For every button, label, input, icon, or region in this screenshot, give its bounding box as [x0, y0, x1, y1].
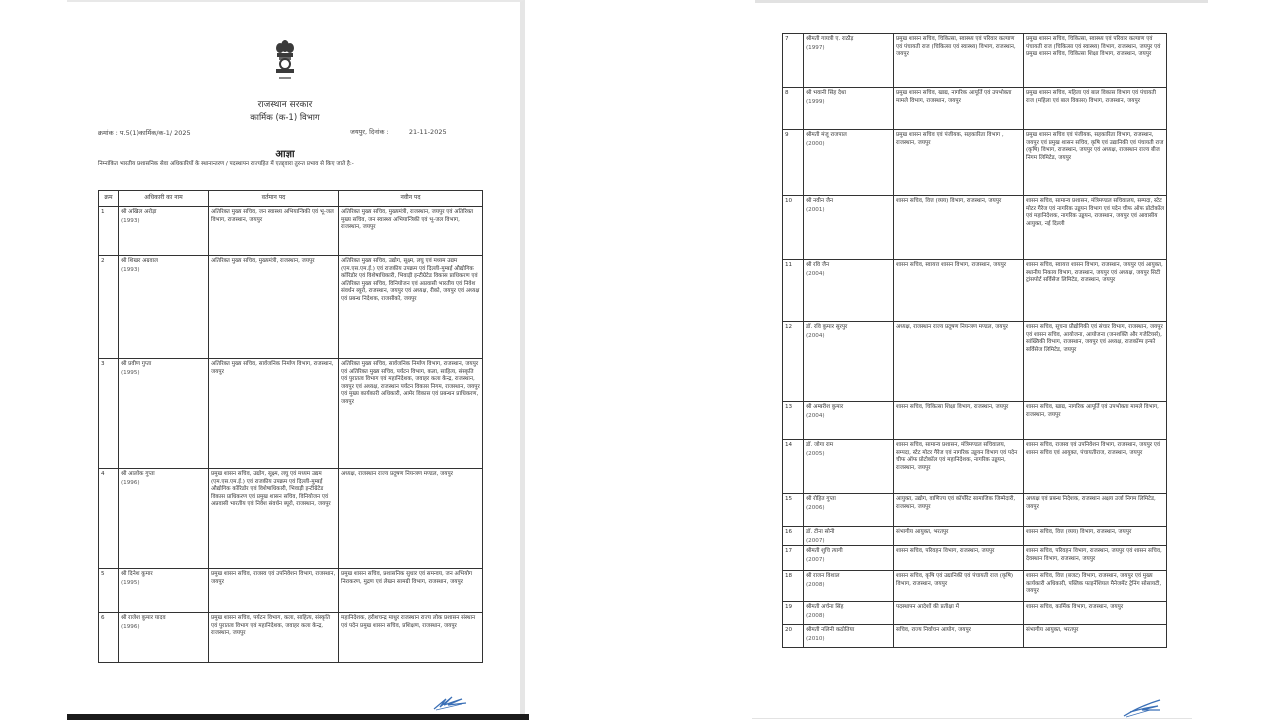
batch-year: (2010)	[806, 636, 891, 644]
new-post-text: शासन सचिव, स्वायत्त शासन विभाग, राजस्थान…	[1026, 262, 1163, 283]
new-post-text: अतिरिक्त मुख्य सचिव, सार्वजनिक निर्माण व…	[341, 361, 480, 405]
order-title: आज्ञा	[235, 146, 335, 160]
batch-year: (2007)	[806, 538, 891, 546]
current-post-text: संभागीय आयुक्त, भरतपुर	[896, 529, 948, 535]
serial-number: 3	[99, 359, 119, 469]
officer-name: श्री अखिल अरोड़ा(1993)	[119, 207, 209, 256]
current-post: शासन सचिव, कृषि एवं उद्यानिकी एवं पंचायत…	[894, 571, 1024, 602]
order-number-value: प.5(1)कार्मिक/क-1/ 2025	[120, 129, 191, 137]
department-name: कार्मिक (क-1) विभाग	[180, 112, 390, 123]
current-post: प्रमुख शासन सचिव, उद्योग, सूक्ष्म, लघु ए…	[209, 469, 339, 569]
officer-name-text: डॉ. रवि कुमार सुरपुर	[806, 324, 847, 330]
current-post-text: अतिरिक्त मुख्य सचिव, सार्वजनिक निर्माण व…	[211, 361, 334, 375]
officer-name: श्री अम्बरीश कुमार(2004)	[804, 402, 894, 440]
batch-year: (1995)	[121, 370, 206, 378]
table-row: 1श्री अखिल अरोड़ा(1993)अतिरिक्त मुख्य सच…	[99, 207, 483, 256]
officer-name: श्रीमती नलिनी कठोतिया(2010)	[804, 625, 894, 648]
table-header-row: क्रम अधिकारी का नाम वर्तमान पद नवीन पद	[99, 191, 483, 207]
serial-number: 12	[783, 322, 804, 402]
new-post: शासन सचिव, वित्त (व्यय) विभाग, राजस्थान,…	[1024, 527, 1167, 546]
new-post: शासन सचिव, सामान्य प्रशासन, मंत्रिमण्डल …	[1024, 196, 1167, 260]
new-post: अध्यक्ष, राजस्थान राज्य प्रदूषण नियन्त्र…	[339, 469, 483, 569]
new-post-text: अध्यक्ष, राजस्थान राज्य प्रदूषण नियन्त्र…	[341, 471, 453, 477]
current-post-text: अतिरिक्त मुख्य सचिव, मुख्यमंत्री, राजस्थ…	[211, 258, 315, 264]
new-post: प्रमुख शासन सचिव एवं पंजीयक, सहकारिता वि…	[1024, 130, 1167, 196]
current-post-text: आयुक्त, उद्योग, वाणिज्य एवं कॉर्पोरेट सा…	[896, 496, 1015, 510]
batch-year: (2006)	[806, 505, 891, 513]
new-post-text: महानिदेशक, हरीशचन्द्र माथुर राजस्थान राज…	[341, 615, 475, 629]
serial-number: 18	[783, 571, 804, 602]
serial-number: 7	[783, 34, 804, 88]
serial-number-text: 8	[785, 90, 789, 96]
serial-number: 16	[783, 527, 804, 546]
batch-year: (2000)	[806, 141, 891, 149]
current-post: शासन सचिव, परिवहन विभाग, राजस्थान, जयपुर	[894, 546, 1024, 571]
current-post: प्रमुख शासन सचिव, पर्यटन विभाग, कला, साह…	[209, 613, 339, 663]
new-post: प्रमुख शासन सचिव, महिला एवं बाल विकास वि…	[1024, 88, 1167, 130]
batch-year: (1996)	[121, 480, 206, 488]
new-post: शासन सचिव, सूचना प्रौद्योगिकी एवं संचार …	[1024, 322, 1167, 402]
current-post: सचिव, राज्य निर्वाचन आयोग, जयपुर	[894, 625, 1024, 648]
serial-number-text: 18	[785, 573, 792, 579]
officer-name-text: श्री शिखर अग्रवाल	[121, 258, 158, 264]
current-post-text: शासन सचिव, परिवहन विभाग, राजस्थान, जयपुर	[896, 548, 994, 554]
officer-name-text: श्रीमती शुचि त्यागी	[806, 548, 843, 554]
serial-number: 17	[783, 546, 804, 571]
order-intro: निम्नांकित भारतीय प्रशासनिक सेवा अधिकारि…	[98, 159, 354, 167]
officer-name-text: श्री दिनेश कुमार	[121, 571, 153, 577]
officer-name: श्रीमती शुचि त्यागी(2007)	[804, 546, 894, 571]
col-header-new-post: नवीन पद	[339, 191, 483, 207]
page-bottom-edge	[752, 718, 1192, 719]
current-post: प्रमुख शासन सचिव एवं पंजीयक, सहकारिता वि…	[894, 130, 1024, 196]
current-post-text: शासन सचिव, स्वायत्त शासन विभाग, राजस्थान…	[896, 262, 1006, 268]
order-number-label: क्रमांक :	[98, 129, 118, 137]
current-post: शासन सचिव, स्वायत्त शासन विभाग, राजस्थान…	[894, 260, 1024, 322]
serial-number: 9	[783, 130, 804, 196]
current-post-text: प्रमुख शासन सचिव, राजस्व एवं उपनिवेशन वि…	[211, 571, 335, 585]
officer-name: श्री रोहित गुप्ता(2006)	[804, 494, 894, 527]
new-post: शासन सचिव, कार्मिक विभाग, राजस्थान, जयपु…	[1024, 602, 1167, 625]
officer-name: श्री भवानी सिंह देथा(1999)	[804, 88, 894, 130]
new-post: प्रमुख शासन सचिव, प्रशासनिक सुधार एवं सम…	[339, 569, 483, 613]
viewer-bottom-bar	[67, 714, 529, 720]
officer-name: श्रीमती गायत्री ए. राठौड़(1997)	[804, 34, 894, 88]
current-post: अध्यक्ष, राजस्थान राज्य प्रदूषण नियन्त्र…	[894, 322, 1024, 402]
new-post: महानिदेशक, हरीशचन्द्र माथुर राजस्थान राज…	[339, 613, 483, 663]
table-row: 3श्री प्रवीण गुप्ता(1995)अतिरिक्त मुख्य …	[99, 359, 483, 469]
officer-name-text: श्री राजेश कुमार यादव	[121, 615, 166, 621]
table-row: 18श्री राजन विशाल(2008)शासन सचिव, कृषि ए…	[783, 571, 1167, 602]
new-post-text: प्रमुख शासन सचिव एवं पंजीयक, सहकारिता वि…	[1026, 132, 1163, 161]
serial-number-text: 1	[101, 209, 105, 215]
table-row: 4श्री आलोक गुप्ता(1996)प्रमुख शासन सचिव,…	[99, 469, 483, 569]
officer-name: श्री नवीन जैन(2001)	[804, 196, 894, 260]
table-row: 10श्री नवीन जैन(2001)शासन सचिव, वित्त (व…	[783, 196, 1167, 260]
officer-name-text: श्री अखिल अरोड़ा	[121, 209, 157, 215]
signature-icon	[432, 693, 468, 711]
table-row: 7श्रीमती गायत्री ए. राठौड़(1997)प्रमुख श…	[783, 34, 1167, 88]
new-post-text: शासन सचिव, वित्त (बजट) विभाग, राजस्थान, …	[1026, 573, 1161, 594]
batch-year: (1995)	[121, 580, 206, 588]
officer-name: श्री राजेश कुमार यादव(1996)	[119, 613, 209, 663]
table-row: 19श्रीमती अर्चना सिंह(2008)पदस्थापन आदेश…	[783, 602, 1167, 625]
col-header-name: अधिकारी का नाम	[119, 191, 209, 207]
new-post-text: शासन सचिव, राजस्व एवं उपनिवेशन विभाग, रा…	[1026, 442, 1160, 456]
current-post-text: अध्यक्ष, राजस्थान राज्य प्रदूषण नियन्त्र…	[896, 324, 1008, 330]
serial-number-text: 20	[785, 627, 792, 633]
serial-number: 15	[783, 494, 804, 527]
table-row: 9श्रीमती मंजू राजपाल(2000)प्रमुख शासन सच…	[783, 130, 1167, 196]
new-post-text: शासन सचिव, वित्त (व्यय) विभाग, राजस्थान,…	[1026, 529, 1131, 535]
current-post: शासन सचिव, चिकित्सा शिक्षा विभाग, राजस्थ…	[894, 402, 1024, 440]
batch-year: (1999)	[806, 99, 891, 107]
place-date: जयपुर, दिनांक : 21-11-2025	[350, 127, 447, 136]
table-row: 15श्री रोहित गुप्ता(2006)आयुक्त, उद्योग,…	[783, 494, 1167, 527]
state-emblem-icon	[272, 40, 298, 84]
officer-name-text: श्री रवि जैन	[806, 262, 829, 268]
serial-number: 10	[783, 196, 804, 260]
officer-name-text: श्रीमती नलिनी कठोतिया	[806, 627, 854, 633]
current-post-text: प्रमुख शासन सचिव, चिकित्सा, स्वास्थ्य एव…	[896, 36, 1016, 57]
current-post: प्रमुख शासन सचिव, खाद्य, नागरिक आपूर्ति …	[894, 88, 1024, 130]
officer-name: श्री राजन विशाल(2008)	[804, 571, 894, 602]
batch-year: (2004)	[806, 271, 891, 279]
serial-number-text: 5	[101, 571, 105, 577]
new-post: अतिरिक्त मुख्य सचिव, सार्वजनिक निर्माण व…	[339, 359, 483, 469]
officer-name-text: श्री प्रवीण गुप्ता	[121, 361, 151, 367]
serial-number-text: 15	[785, 496, 792, 502]
serial-number: 20	[783, 625, 804, 648]
table-row: 2श्री शिखर अग्रवाल(1993)अतिरिक्त मुख्य स…	[99, 256, 483, 359]
new-post-text: शासन सचिव, कार्मिक विभाग, राजस्थान, जयपु…	[1026, 604, 1123, 610]
table-row: 12डॉ. रवि कुमार सुरपुर(2004)अध्यक्ष, राज…	[783, 322, 1167, 402]
serial-number: 4	[99, 469, 119, 569]
officer-name-text: श्री नवीन जैन	[806, 198, 833, 204]
current-post-text: शासन सचिव, वित्त (व्यय) विभाग, राजस्थान,…	[896, 198, 1001, 204]
serial-number: 14	[783, 440, 804, 494]
new-post: शासन सचिव, राजस्व एवं उपनिवेशन विभाग, रा…	[1024, 440, 1167, 494]
new-post: अतिरिक्त मुख्य सचिव, मुख्यमंत्री, राजस्थ…	[339, 207, 483, 256]
officer-name: श्री शिखर अग्रवाल(1993)	[119, 256, 209, 359]
new-post: प्रमुख शासन सचिव, चिकित्सा, स्वास्थ्य एव…	[1024, 34, 1167, 88]
current-post: प्रमुख शासन सचिव, राजस्व एवं उपनिवेशन वि…	[209, 569, 339, 613]
current-post: शासन सचिव, सामान्य प्रशासन, मंत्रिमण्डल …	[894, 440, 1024, 494]
new-post-text: प्रमुख शासन सचिव, चिकित्सा, स्वास्थ्य एव…	[1026, 36, 1160, 57]
officer-name: श्री प्रवीण गुप्ता(1995)	[119, 359, 209, 469]
batch-year: (2007)	[806, 557, 891, 565]
serial-number: 19	[783, 602, 804, 625]
batch-year: (1993)	[121, 267, 206, 275]
batch-year: (2008)	[806, 613, 891, 621]
new-post-text: अतिरिक्त मुख्य सचिव, उद्योग, सूक्ष्म, लघ…	[341, 258, 479, 302]
batch-year: (2001)	[806, 207, 891, 215]
new-post: शासन सचिव, वित्त (बजट) विभाग, राजस्थान, …	[1024, 571, 1167, 602]
current-post-text: पदस्थापन आदेशों की प्रतीक्षा में	[896, 604, 959, 610]
table-row: 17श्रीमती शुचि त्यागी(2007)शासन सचिव, पर…	[783, 546, 1167, 571]
col-header-serial: क्रम	[99, 191, 119, 207]
table-row: 20श्रीमती नलिनी कठोतिया(2010)सचिव, राज्य…	[783, 625, 1167, 648]
serial-number-text: 16	[785, 529, 792, 535]
current-post-text: प्रमुख शासन सचिव एवं पंजीयक, सहकारिता वि…	[896, 132, 1004, 146]
table-row: 16डॉ. टीना सोनी(2007)संभागीय आयुक्त, भरत…	[783, 527, 1167, 546]
serial-number-text: 2	[101, 258, 105, 264]
current-post: आयुक्त, उद्योग, वाणिज्य एवं कॉर्पोरेट सा…	[894, 494, 1024, 527]
serial-number-text: 17	[785, 548, 792, 554]
serial-number: 6	[99, 613, 119, 663]
serial-number: 5	[99, 569, 119, 613]
officer-name: श्रीमती अर्चना सिंह(2008)	[804, 602, 894, 625]
current-post-text: शासन सचिव, सामान्य प्रशासन, मंत्रिमण्डल …	[896, 442, 1017, 471]
new-post-text: शासन सचिव, खाद्य, नागरिक आपूर्ति एवं उपभ…	[1026, 404, 1159, 418]
serial-number-text: 4	[101, 471, 105, 477]
serial-number: 2	[99, 256, 119, 359]
current-post-text: शासन सचिव, कृषि एवं उद्यानिकी एवं पंचायत…	[896, 573, 1013, 587]
serial-number-text: 12	[785, 324, 792, 330]
new-post-text: शासन सचिव, सामान्य प्रशासन, मंत्रिमण्डल …	[1026, 198, 1164, 227]
serial-number-text: 9	[785, 132, 789, 138]
place-label: जयपुर, दिनांक :	[350, 128, 389, 136]
current-post: संभागीय आयुक्त, भरतपुर	[894, 527, 1024, 546]
current-post-text: प्रमुख शासन सचिव, उद्योग, सूक्ष्म, लघु ए…	[211, 471, 331, 507]
new-post-text: प्रमुख शासन सचिव, महिला एवं बाल विकास वि…	[1026, 90, 1156, 104]
officer-name: श्री आलोक गुप्ता(1996)	[119, 469, 209, 569]
batch-year: (2005)	[806, 451, 891, 459]
officer-name: श्रीमती मंजू राजपाल(2000)	[804, 130, 894, 196]
current-post: पदस्थापन आदेशों की प्रतीक्षा में	[894, 602, 1024, 625]
officer-name: श्री दिनेश कुमार(1995)	[119, 569, 209, 613]
col-header-current-post: वर्तमान पद	[209, 191, 339, 207]
new-post: शासन सचिव, स्वायत्त शासन विभाग, राजस्थान…	[1024, 260, 1167, 322]
new-post-text: प्रमुख शासन सचिव, प्रशासनिक सुधार एवं सम…	[341, 571, 472, 585]
current-post-text: प्रमुख शासन सचिव, पर्यटन विभाग, कला, साह…	[211, 615, 330, 636]
batch-year: (1993)	[121, 218, 206, 226]
officer-name: डॉ. टीना सोनी(2007)	[804, 527, 894, 546]
officer-name-text: डॉ. टीना सोनी	[806, 529, 834, 535]
current-post: अतिरिक्त मुख्य सचिव, जन स्वास्थ्य अभियान…	[209, 207, 339, 256]
table-row: 6श्री राजेश कुमार यादव(1996)प्रमुख शासन …	[99, 613, 483, 663]
current-post-text: सचिव, राज्य निर्वाचन आयोग, जयपुर	[896, 627, 971, 633]
serial-number: 1	[99, 207, 119, 256]
order-number: क्रमांक : प.5(1)कार्मिक/क-1/ 2025	[98, 128, 191, 137]
transfer-table-page-1: क्रम अधिकारी का नाम वर्तमान पद नवीन पद 1…	[98, 190, 483, 663]
batch-year: (2004)	[806, 413, 891, 421]
new-post: अतिरिक्त मुख्य सचिव, उद्योग, सूक्ष्म, लघ…	[339, 256, 483, 359]
officer-name: डॉ. जोगा राम(2005)	[804, 440, 894, 494]
new-post-text: अतिरिक्त मुख्य सचिव, मुख्यमंत्री, राजस्थ…	[341, 209, 473, 230]
officer-name-text: श्री भवानी सिंह देथा	[806, 90, 846, 96]
table-row: 13श्री अम्बरीश कुमार(2004)शासन सचिव, चिक…	[783, 402, 1167, 440]
officer-name-text: श्रीमती अर्चना सिंह	[806, 604, 844, 610]
new-post-text: शासन सचिव, परिवहन विभाग, राजस्थान, जयपुर…	[1026, 548, 1162, 562]
serial-number-text: 6	[101, 615, 105, 621]
order-date: 21-11-2025	[409, 128, 447, 136]
current-post-text: अतिरिक्त मुख्य सचिव, जन स्वास्थ्य अभियान…	[211, 209, 334, 223]
batch-year: (2004)	[806, 333, 891, 341]
new-post-text: शासन सचिव, सूचना प्रौद्योगिकी एवं संचार …	[1026, 324, 1163, 353]
table-row: 8श्री भवानी सिंह देथा(1999)प्रमुख शासन स…	[783, 88, 1167, 130]
table-row: 5श्री दिनेश कुमार(1995)प्रमुख शासन सचिव,…	[99, 569, 483, 613]
current-post-text: प्रमुख शासन सचिव, खाद्य, नागरिक आपूर्ति …	[896, 90, 1011, 104]
new-post-text: अध्यक्ष एवं प्रबन्ध निदेशक, राजस्थान अक्…	[1026, 496, 1156, 510]
serial-number-text: 19	[785, 604, 792, 610]
current-post: अतिरिक्त मुख्य सचिव, सार्वजनिक निर्माण व…	[209, 359, 339, 469]
serial-number-text: 11	[785, 262, 792, 268]
officer-name-text: श्री राजन विशाल	[806, 573, 840, 579]
officer-name-text: श्रीमती गायत्री ए. राठौड़	[806, 36, 853, 42]
current-post-text: शासन सचिव, चिकित्सा शिक्षा विभाग, राजस्थ…	[896, 404, 1008, 410]
officer-name: श्री रवि जैन(2004)	[804, 260, 894, 322]
current-post: अतिरिक्त मुख्य सचिव, मुख्यमंत्री, राजस्थ…	[209, 256, 339, 359]
officer-name-text: श्री रोहित गुप्ता	[806, 496, 836, 502]
current-post: प्रमुख शासन सचिव, चिकित्सा, स्वास्थ्य एव…	[894, 34, 1024, 88]
new-post: शासन सचिव, परिवहन विभाग, राजस्थान, जयपुर…	[1024, 546, 1167, 571]
new-post: संभागीय आयुक्त, भरतपुर	[1024, 625, 1167, 648]
batch-year: (1997)	[806, 45, 891, 53]
officer-name-text: श्री अम्बरीश कुमार	[806, 404, 843, 410]
new-post-text: संभागीय आयुक्त, भरतपुर	[1026, 627, 1078, 633]
officer-name-text: डॉ. जोगा राम	[806, 442, 833, 448]
government-name: राजस्थान सरकार	[180, 97, 390, 110]
transfer-table-page-2: 7श्रीमती गायत्री ए. राठौड़(1997)प्रमुख श…	[782, 33, 1167, 648]
serial-number-text: 3	[101, 361, 105, 367]
serial-number: 13	[783, 402, 804, 440]
new-post: शासन सचिव, खाद्य, नागरिक आपूर्ति एवं उपभ…	[1024, 402, 1167, 440]
serial-number-text: 7	[785, 36, 789, 42]
batch-year: (2008)	[806, 582, 891, 590]
signature-icon	[1120, 696, 1164, 718]
new-post: अध्यक्ष एवं प्रबन्ध निदेशक, राजस्थान अक्…	[1024, 494, 1167, 527]
officer-name: डॉ. रवि कुमार सुरपुर(2004)	[804, 322, 894, 402]
batch-year: (1996)	[121, 624, 206, 632]
serial-number-text: 14	[785, 442, 792, 448]
serial-number-text: 13	[785, 404, 792, 410]
table-row: 14डॉ. जोगा राम(2005)शासन सचिव, सामान्य प…	[783, 440, 1167, 494]
serial-number: 11	[783, 260, 804, 322]
table-row: 11श्री रवि जैन(2004)शासन सचिव, स्वायत्त …	[783, 260, 1167, 322]
officer-name-text: श्री आलोक गुप्ता	[121, 471, 155, 477]
current-post: शासन सचिव, वित्त (व्यय) विभाग, राजस्थान,…	[894, 196, 1024, 260]
officer-name-text: श्रीमती मंजू राजपाल	[806, 132, 847, 138]
serial-number: 8	[783, 88, 804, 130]
serial-number-text: 10	[785, 198, 792, 204]
